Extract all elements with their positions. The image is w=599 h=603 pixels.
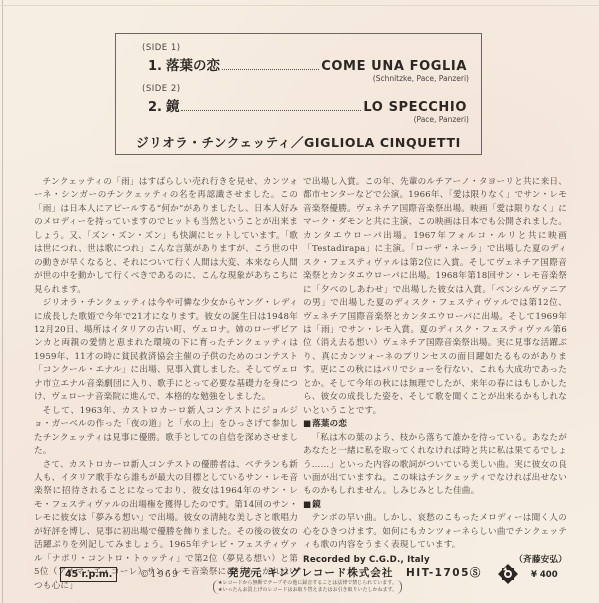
section-heading-mirror: 鏡 — [303, 499, 567, 512]
track-title-jp: 落葉の恋 — [166, 54, 220, 74]
leader-dots — [222, 69, 319, 70]
copyright-year: ©1969 — [140, 570, 179, 580]
price: ¥ 400 — [531, 570, 558, 580]
liner-paragraph: で出場し入賞。この年、先輩のルチアーノ・タヨーリと共に来日、都市センターなどで公… — [303, 176, 567, 418]
side-1-label: (SIDE 1) — [142, 43, 181, 53]
sleeve-footer: 45 r.p.m. ©1969 発売元 キングレコード株式会社 HIT-1705… — [0, 565, 599, 603]
liner-paragraph: ジリオラ・チンクェッティは今や可憐な少女からヤング・レディに成長した歌姫で今年で… — [34, 297, 298, 405]
liner-paragraph: そして、1963年、カストロカーロ新人コンテストにジョルジョ・ガーベルの作った「… — [34, 405, 298, 459]
artist-name: ジリオラ・チンクェッティ／GIGLIOLA CINQUETTI — [116, 133, 481, 151]
track-2-credit: (Pace, Panzeri) — [414, 115, 469, 124]
king-records-logo-icon — [497, 563, 519, 585]
publisher-name: 発売元 キングレコード株式会社 — [228, 565, 393, 580]
section-heading-falling-leaves: 落葉の恋 — [303, 418, 567, 431]
tracklist-box: (SIDE 1) 1. 落葉の恋 COME UNA FOGLIA (Schnit… — [115, 33, 482, 155]
speed-badge: 45 r.p.m. — [60, 567, 117, 582]
notice-line: ★いったんお買上げのレコードはお取り替えまたはお引き取りいたしかねます。 — [218, 587, 397, 594]
track-title-jp: 鏡 — [166, 95, 180, 115]
catalog-number: HIT-1705Ⓢ — [406, 565, 482, 580]
track-1-credit: (Schnitzke, Pace, Panzeri) — [373, 74, 469, 83]
track-title-en: LO SPECCHIO — [363, 100, 467, 115]
copyright-notice: ★レコードから無断でテープその他に録音することは法律で禁じられています。 ★いっ… — [213, 580, 402, 594]
liner-notes-left: チンクェッティの「雨」はすばらしい売れ行きを見せ、カンツォーネ・シンガーのチンク… — [34, 176, 298, 593]
track-2: 2. 鏡 LO SPECCHIO — [148, 95, 467, 115]
track-number: 2. — [148, 100, 162, 115]
sleeve-edge — [2, 0, 3, 603]
liner-paragraph: チンクェッティの「雨」はすばらしい売れ行きを見せ、カンツォーネ・シンガーのチンク… — [34, 176, 298, 297]
section-text-falling-leaves: 「私は木の葉のよう、枝から落ちて誰かを待っている。あなたがあなたと一緒に私を取っ… — [303, 432, 567, 499]
record-sleeve-back: (SIDE 1) 1. 落葉の恋 COME UNA FOGLIA (Schnit… — [0, 0, 599, 603]
sleeve-edge-top — [0, 5, 599, 6]
leader-dots — [181, 110, 361, 111]
side-2-label: (SIDE 2) — [142, 84, 181, 94]
section-text-mirror: テンポの早い曲。しかし、哀愁のこもったメロディーは聞く人の心をひきつけます。如何… — [303, 512, 567, 552]
track-number: 1. — [148, 59, 162, 74]
notice-line: ★レコードから無断でテープその他に録音することは法律で禁じられています。 — [218, 580, 397, 587]
liner-notes-right: で出場し入賞。この年、先輩のルチアーノ・タヨーリと共に来日、都市センターなどで公… — [303, 176, 567, 567]
track-title-en: COME UNA FOGLIA — [321, 59, 467, 74]
track-1: 1. 落葉の恋 COME UNA FOGLIA — [148, 54, 467, 74]
